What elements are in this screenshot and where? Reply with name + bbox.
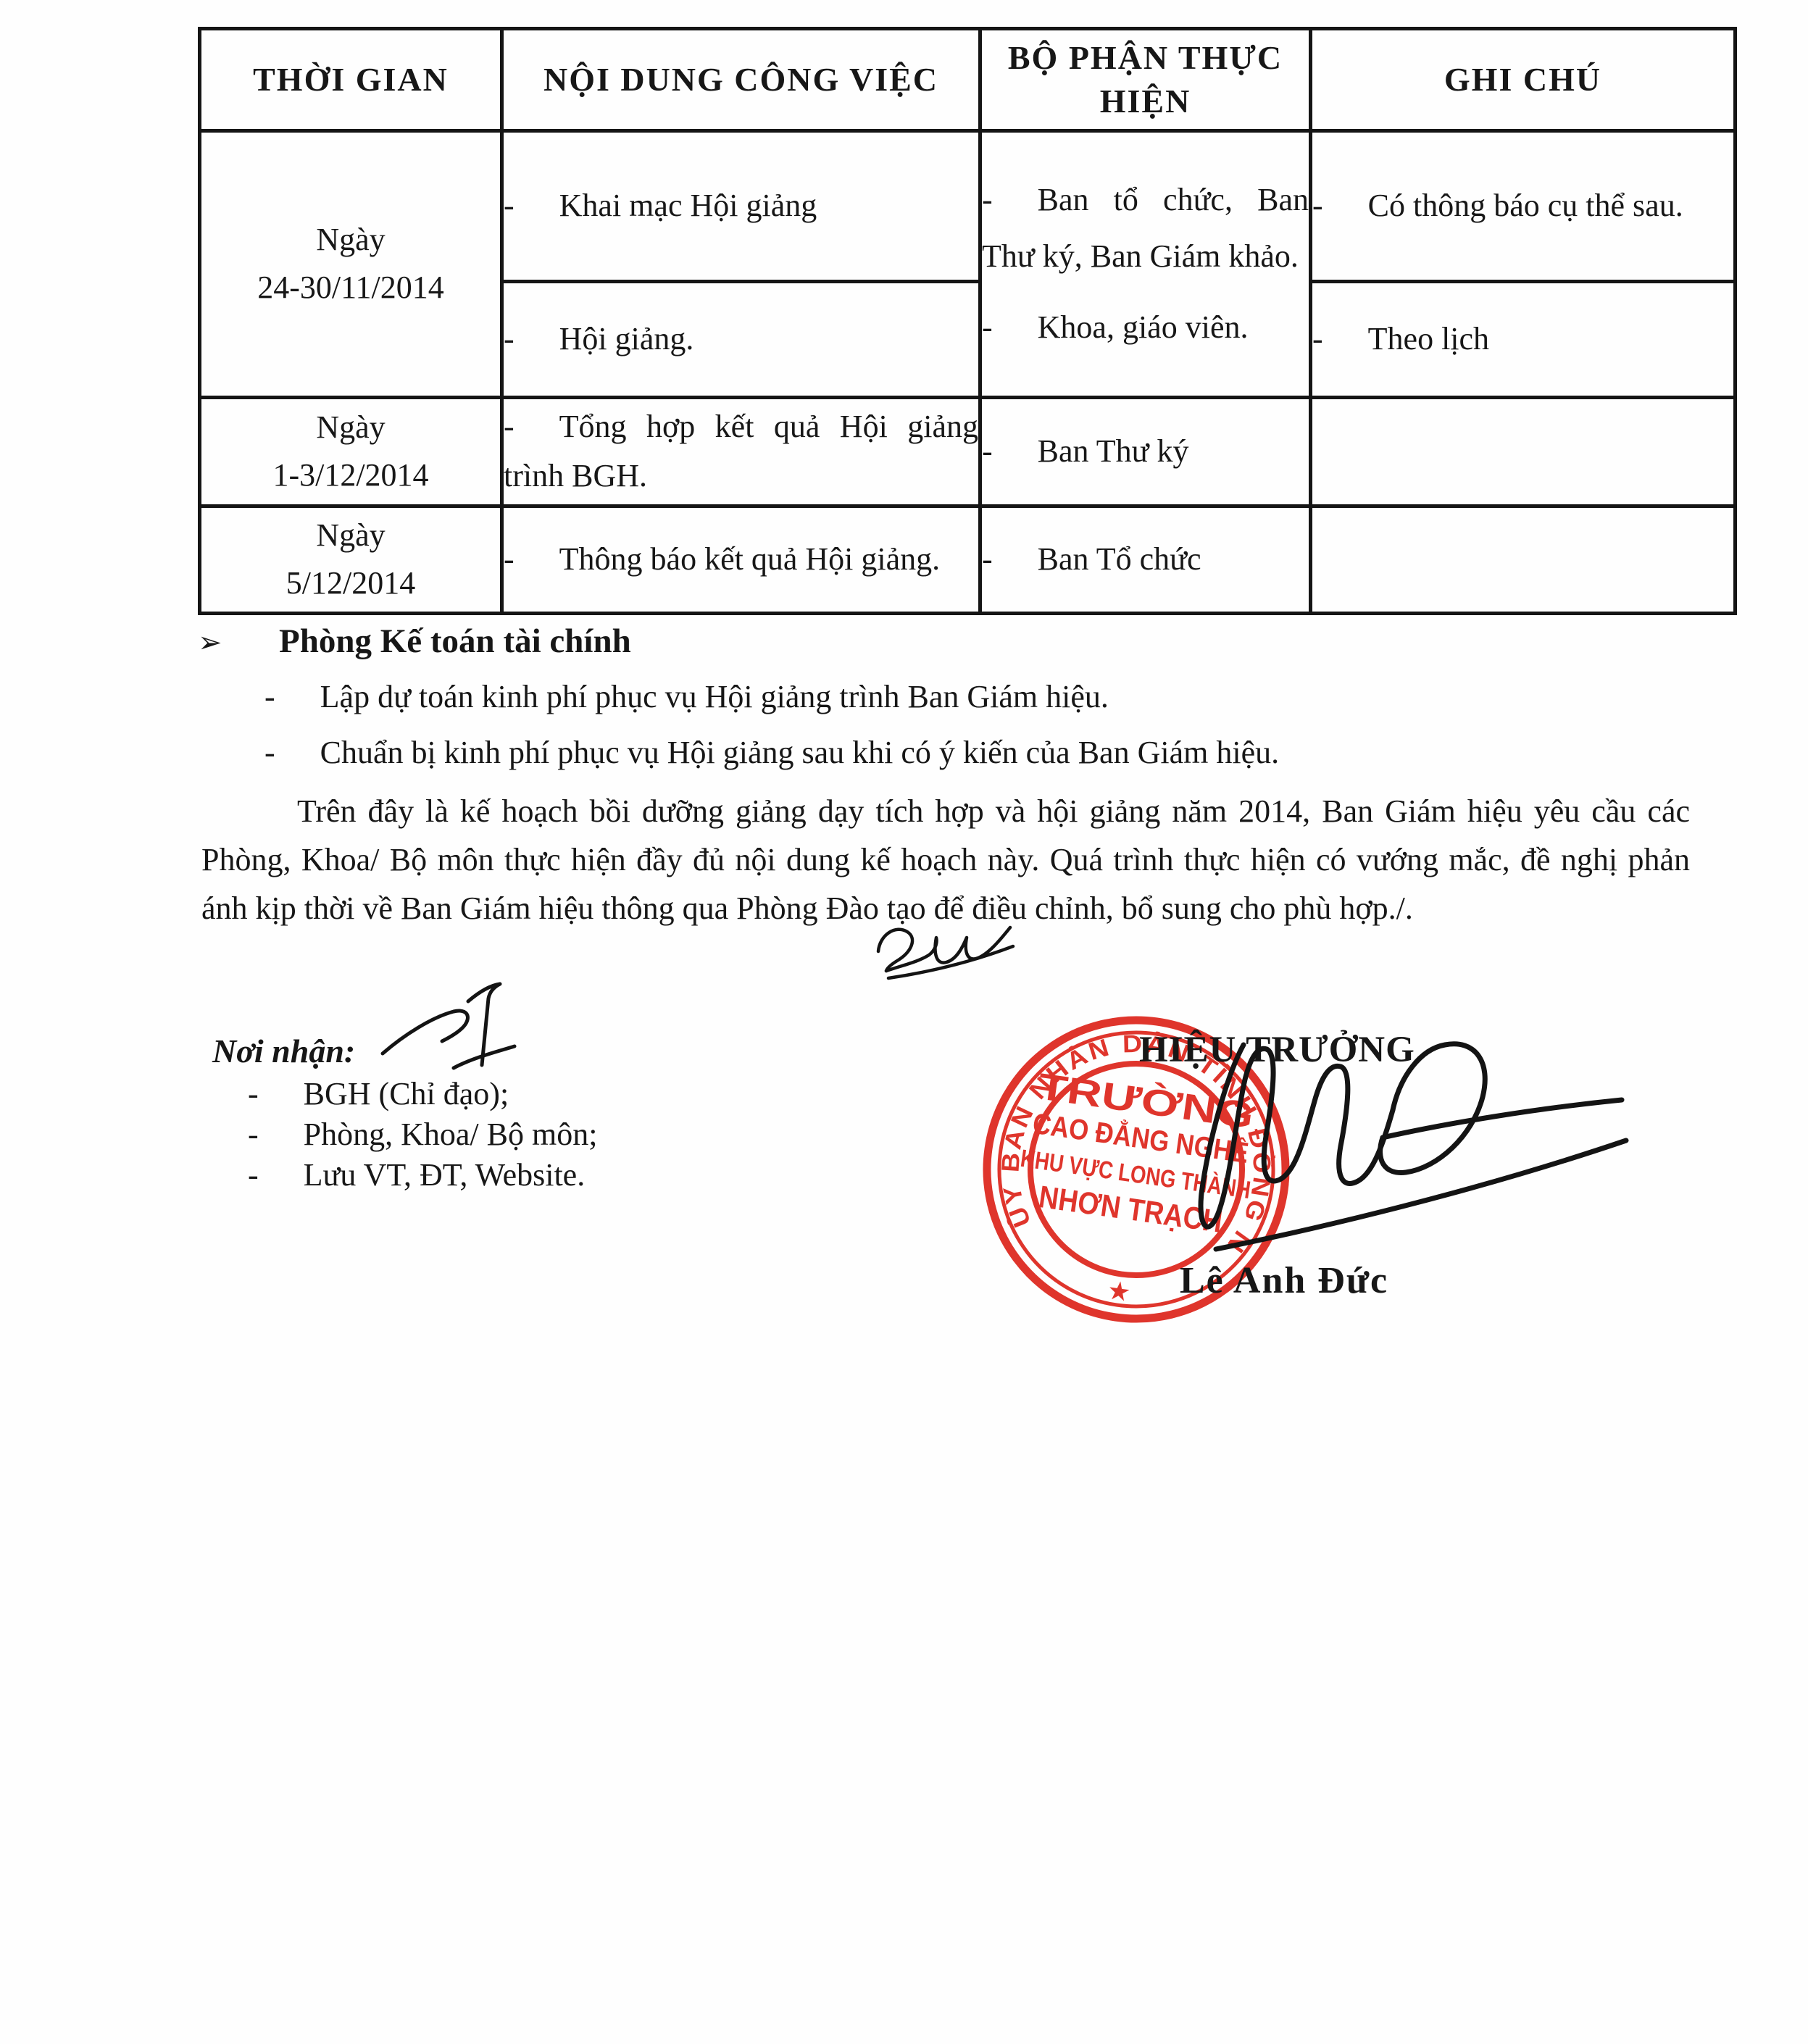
scanned-document-page: THỜI GIAN NỘI DUNG CÔNG VIỆC BỘ PHẬN THỰ… [0, 0, 1808, 2044]
dash-bullet: - [504, 188, 515, 223]
dept-text: Ban Thư ký [1038, 433, 1189, 469]
cell-dept-row3: -Ban Tổ chức [980, 506, 1311, 613]
accounting-item-text: Chuẩn bị kinh phí phục vụ Hội giảng sau … [320, 735, 1279, 770]
accounting-section-title: ➢ Phòng Kế toán tài chính [198, 622, 1734, 661]
dash-bullet: - [248, 1157, 259, 1193]
recipients-label: Nơi nhận: [212, 1032, 355, 1070]
cell-time-row3: Ngày 5/12/2014 [200, 506, 502, 613]
list-item: -Phòng, Khoa/ Bộ môn; [248, 1114, 597, 1155]
list-item: -Lưu VT, ĐT, Website. [248, 1155, 597, 1196]
time-line1: Ngày [201, 216, 500, 264]
list-item: -BGH (Chỉ đạo); [248, 1074, 597, 1114]
cell-content-row2: -Tổng hợp kết quả Hội giảng trình BGH. [502, 397, 980, 506]
dash-bullet: - [504, 409, 515, 444]
time-line1: Ngày [201, 512, 500, 559]
time-line1: Ngày [201, 404, 500, 451]
header-notes: GHI CHÚ [1311, 29, 1736, 131]
dash-bullet: - [504, 541, 515, 577]
cell-content-row3: -Thông báo kết quả Hội giảng. [502, 506, 980, 613]
schedule-table: THỜI GIAN NỘI DUNG CÔNG VIỆC BỘ PHẬN THỰ… [198, 27, 1737, 615]
table-row: Ngày 1-3/12/2014 -Tổng hợp kết quả Hội g… [200, 397, 1736, 506]
dash-bullet: - [248, 1076, 259, 1111]
list-item: -Lập dự toán kinh phí phục vụ Hội giảng … [264, 678, 1734, 717]
handwritten-signature [1071, 1030, 1644, 1269]
cell-note-row2 [1311, 397, 1736, 506]
cell-note-row1b: -Theo lịch [1311, 281, 1736, 397]
handwritten-initial-mark [862, 912, 1018, 984]
list-item: -Chuẩn bị kinh phí phục vụ Hội giảng sau… [264, 734, 1734, 772]
arrow-bullet-icon: ➢ [198, 626, 279, 659]
accounting-title-text: Phòng Kế toán tài chính [279, 622, 631, 661]
content-text: Hội giảng. [559, 321, 694, 356]
handwritten-initial-mark [375, 980, 520, 1077]
table-row: Ngày 24-30/11/2014 -Khai mạc Hội giảng -… [200, 130, 1736, 281]
cell-note-row3 [1311, 506, 1736, 613]
dash-bullet: - [264, 735, 275, 770]
stamp-star-icon: ★ [1106, 1275, 1133, 1307]
dept-text: Khoa, giáo viên. [1038, 309, 1249, 345]
closing-paragraph: Trên đây là kế hoạch bồi dưỡng giảng dạy… [201, 787, 1690, 933]
recipients-list: -BGH (Chỉ đạo); -Phòng, Khoa/ Bộ môn; -L… [248, 1074, 597, 1196]
cell-content-row1b: -Hội giảng. [502, 281, 980, 397]
accounting-item-text: Lập dự toán kinh phí phục vụ Hội giảng t… [320, 679, 1109, 714]
cell-content-row1a: -Khai mạc Hội giảng [502, 130, 980, 281]
header-time: THỜI GIAN [200, 29, 502, 131]
cell-time-row1: Ngày 24-30/11/2014 [200, 130, 502, 397]
time-line2: 5/12/2014 [201, 559, 500, 607]
recipient-text: Phòng, Khoa/ Bộ môn; [304, 1117, 598, 1152]
dash-bullet: - [982, 541, 993, 577]
content-text: Tổng hợp kết quả Hội giảng trình BGH. [504, 409, 978, 493]
dash-bullet: - [264, 679, 275, 714]
time-line2: 24-30/11/2014 [201, 264, 500, 312]
dash-bullet: - [982, 309, 993, 345]
dash-bullet: - [982, 433, 993, 469]
note-text: Có thông báo cụ thể sau. [1368, 188, 1683, 223]
dash-bullet: - [1312, 188, 1323, 223]
dash-bullet: - [982, 182, 993, 217]
content-text: Khai mạc Hội giảng [559, 188, 817, 223]
note-text: Theo lịch [1368, 321, 1489, 356]
cell-dept-row2: -Ban Thư ký [980, 397, 1311, 506]
accounting-section: ➢ Phòng Kế toán tài chính -Lập dự toán k… [198, 622, 1734, 772]
recipient-text: Lưu VT, ĐT, Website. [304, 1157, 586, 1193]
header-content: NỘI DUNG CÔNG VIỆC [502, 29, 980, 131]
dash-bullet: - [1312, 321, 1323, 356]
recipient-text: BGH (Chỉ đạo); [304, 1076, 509, 1111]
content-text: Thông báo kết quả Hội giảng. [559, 541, 940, 577]
table-header-row: THỜI GIAN NỘI DUNG CÔNG VIỆC BỘ PHẬN THỰ… [200, 29, 1736, 131]
dept-text: Ban Tổ chức [1038, 541, 1201, 577]
cell-note-row1a: -Có thông báo cụ thể sau. [1311, 130, 1736, 281]
cell-time-row2: Ngày 1-3/12/2014 [200, 397, 502, 506]
dept-text: Ban tổ chức, Ban Thư ký, Ban Giám khảo. [982, 182, 1309, 274]
time-line2: 1-3/12/2014 [201, 451, 500, 499]
table-row: Ngày 5/12/2014 -Thông báo kết quả Hội gi… [200, 506, 1736, 613]
header-department: BỘ PHẬN THỰC HIỆN [980, 29, 1311, 131]
dash-bullet: - [248, 1117, 259, 1152]
cell-dept-row1: -Ban tổ chức, Ban Thư ký, Ban Giám khảo.… [980, 130, 1311, 397]
dash-bullet: - [504, 321, 515, 356]
